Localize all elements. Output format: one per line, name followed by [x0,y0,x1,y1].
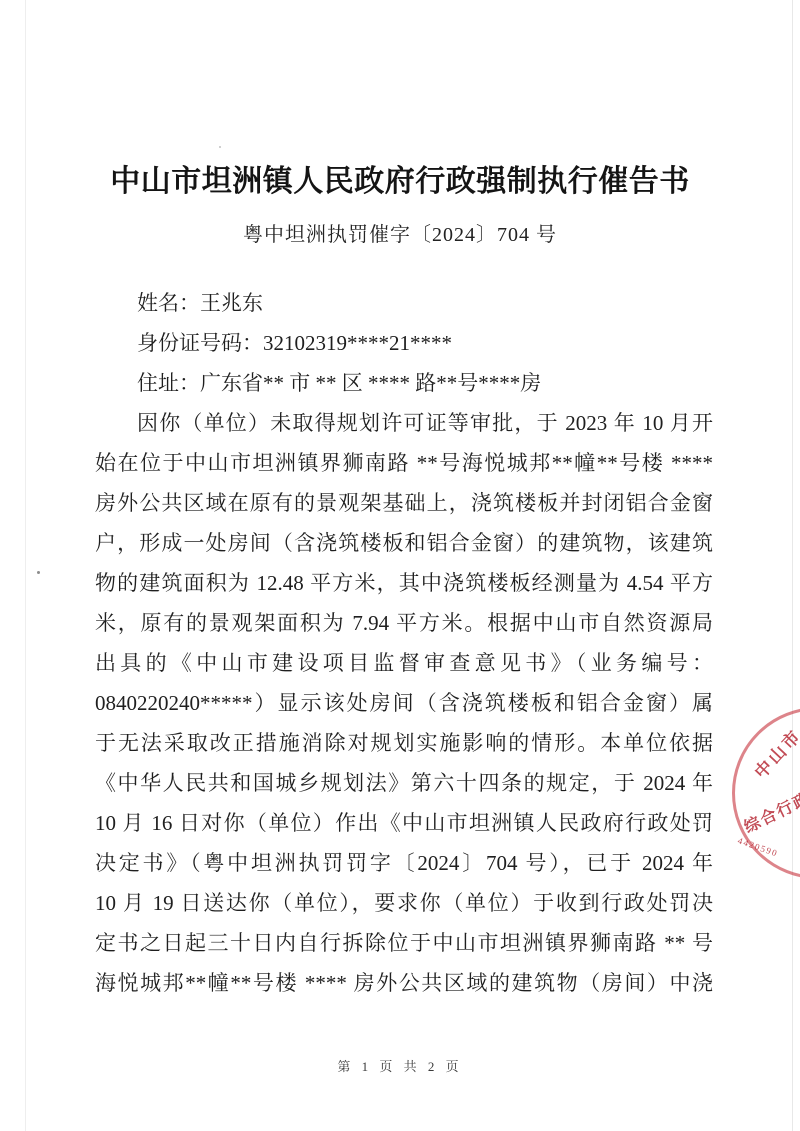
body-line: 户，形成一处房间（含浇筑楼板和铝合金窗）的建筑物，该建筑 [95,523,713,563]
scan-speck [219,146,221,148]
body-line: 决定书》（粤中坦洲执罚罚字〔2024〕704 号），已于 2024 年 [95,843,713,883]
body-line: 始在位于中山市坦洲镇界狮南路 **号海悦城邦**幢**号楼 **** [95,443,713,483]
recipient-id-line: 身份证号码：32102319****21**** [95,323,713,363]
body-line: 出具的《中山市建设项目监督审查意见书》（业务编号： [95,643,713,683]
body-line: 米，原有的景观架面积为 7.94 平方米。根据中山市自然资源局 [95,603,713,643]
body-line: 《中华人民共和国城乡规划法》第六十四条的规定，于 2024 年 [95,763,713,803]
document-page: 中山市坦洲镇人民政府行政强制执行催告书 粤中坦洲执罚催字〔2024〕704 号 … [0,0,800,1131]
page-number-footer: 第 1 页 共 2 页 [0,1056,800,1075]
body-line: 定书之日起三十日内自行拆除位于中山市坦洲镇界狮南路 ** 号 [95,923,713,963]
recipient-name-line: 姓名：王兆东 [95,283,713,323]
body-line: 10 月 19 日送达你（单位），要求你（单位）于收到行政处罚决 [95,883,713,923]
recipient-address-line: 住址：广东省** 市 ** 区 **** 路**号****房 [95,363,713,403]
scan-speck [37,571,40,574]
seal-city-text: 中山市 [747,722,800,783]
document-number: 粤中坦洲执罚催字〔2024〕704 号 [0,218,800,247]
document-body: 姓名：王兆东 身份证号码：32102319****21**** 住址：广东省**… [95,283,713,1003]
body-line: 物的建筑面积为 12.48 平方米，其中浇筑楼板经测量为 4.54 平方 [95,563,713,603]
body-line: 于无法采取改正措施消除对规划实施影响的情形。本单位依据 [95,723,713,763]
seal-dept-text: 综合行政 [740,785,800,837]
body-line: 0840220240*****）显示该处房间（含浇筑楼板和铝合金窗）属 [95,683,713,723]
official-red-seal: 中山市 综合行政 4420590 [732,707,800,879]
document-title: 中山市坦洲镇人民政府行政强制执行催告书 [0,156,800,200]
body-line: 10 月 16 日对你（单位）作出《中山市坦洲镇人民政府行政处罚 [95,803,713,843]
body-line: 因你（单位）未取得规划许可证等审批，于 2023 年 10 月开 [95,403,713,443]
seal-serial-number: 4420590 [737,835,780,858]
body-line: 海悦城邦**幢**号楼 **** 房外公共区域的建筑物（房间）中浇 [95,963,713,1003]
body-line: 房外公共区域在原有的景观架基础上，浇筑楼板并封闭铝合金窗 [95,483,713,523]
